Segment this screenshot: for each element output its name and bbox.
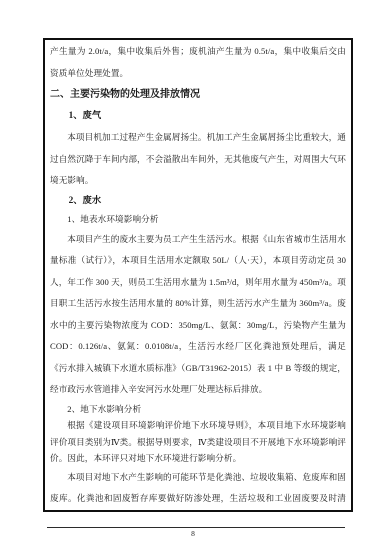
paragraph-continuation: 产生量为 2.0t/a，集中收集后外售；废机油产生量为 0.5t/a，集中收集后… [50,41,346,84]
section-heading-pollutants: 二、主要污染物的处理及排放情况 [50,84,346,106]
footer-divider [47,527,345,528]
page-number: 8 [0,529,386,538]
waste-water-heading: 2、废水 [50,192,346,210]
content-frame: 产生量为 2.0t/a，集中收集后外售；废机油产生量为 0.5t/a，集中收集后… [43,38,353,512]
waste-gas-paragraph: 本项目机加工过程产生金属屑扬尘。机加工产生金属屑扬尘比重较大，通过自然沉降于车间… [50,127,346,192]
groundwater-paragraph-1: 根据《建设项目环境影响评价地下水环境导则》，本项目地下水环境影响评价项目类别为Ⅳ… [50,417,346,467]
surface-water-paragraph: 本项目产生的废水主要为员工产生生活污水。根据《山东省城市生活用水量标准（试行）》… [50,229,346,401]
document-page: 产生量为 2.0t/a，集中收集后外售；废机油产生量为 0.5t/a，集中收集后… [0,0,386,545]
groundwater-heading: 2、地下水影响分析 [50,401,346,418]
waste-gas-heading: 1、废气 [50,106,346,128]
groundwater-paragraph-2: 本项目对地下水产生影响的可能环节是化粪池、垃圾收集箱、危废库和固废库。化粪池和固… [50,467,346,513]
surface-water-heading: 1、地表水环境影响分析 [50,210,346,229]
